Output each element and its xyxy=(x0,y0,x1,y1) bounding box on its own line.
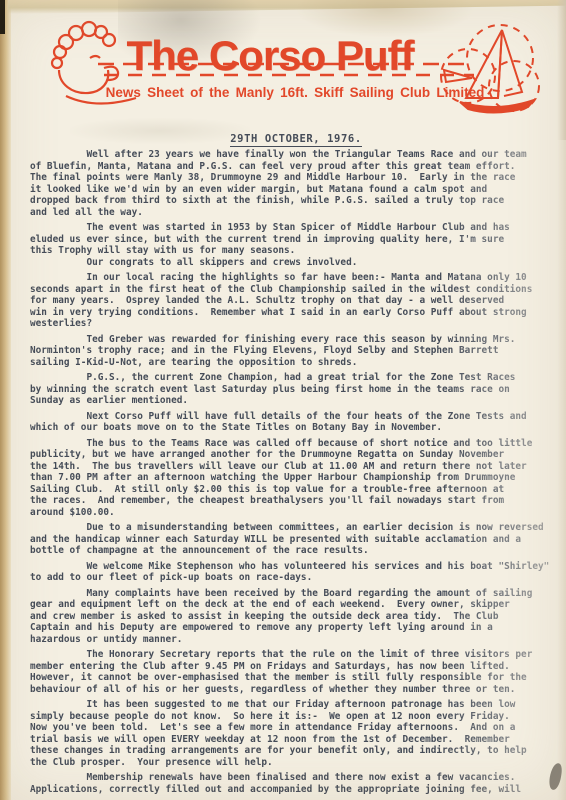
text-line: Many complaints have been received by th… xyxy=(30,588,554,600)
body-text: Well after 23 years we have finally won … xyxy=(30,149,554,795)
text-line: Next Corso Puff will have full details o… xyxy=(30,411,554,423)
masthead: The Corso Puff News Sheet of the Manly 1… xyxy=(0,8,566,123)
newsletter-subtitle: News Sheet of the Manly 16ft. Skiff Sail… xyxy=(85,85,505,100)
text-line: The final points were Manly 38, Drummoyn… xyxy=(30,172,554,184)
text-line: around $100.00. xyxy=(30,507,554,519)
text-line: The Honorary Secretary reports that the … xyxy=(30,649,554,661)
text-line: the races. And remember, the cheapest br… xyxy=(30,495,554,507)
paragraph: Membership renewals have been finalised … xyxy=(30,772,554,795)
text-line: gear and equipment left on the deck at t… xyxy=(30,599,554,611)
scanned-newsletter-page: { "theme": { "accent_color": "#e2482a", … xyxy=(0,0,566,800)
text-line: it looked like we'd win by an even wider… xyxy=(30,184,554,196)
text-line: behaviour of all of his or her guests, r… xyxy=(30,684,554,696)
text-line: simply because people do not know. So he… xyxy=(30,711,554,723)
text-line: P.G.S., the current Zone Champion, had a… xyxy=(30,372,554,384)
text-line: westerlies? xyxy=(30,318,554,330)
paragraph: Due to a misunderstanding between commit… xyxy=(30,522,554,557)
newsletter-title: The Corso Puff xyxy=(105,32,435,80)
text-line: eluded us ever since, but with the curre… xyxy=(30,234,554,246)
text-line: Well after 23 years we have finally won … xyxy=(30,149,554,161)
text-line: bottle of champagne at the announcement … xyxy=(30,545,554,557)
text-line: win in very trying conditions. Remember … xyxy=(30,307,554,319)
text-line: dropped back from third to sixth at the … xyxy=(30,195,554,207)
paragraph: P.G.S., the current Zone Champion, had a… xyxy=(30,372,554,407)
text-line: sailing I-Kid-U-Not, are tearing the opp… xyxy=(30,357,554,369)
text-line: Captain and his Deputy are empowered to … xyxy=(30,622,554,634)
text-line: member entering the Club after 9.45 PM o… xyxy=(30,661,554,673)
paragraph: Next Corso Puff will have full details o… xyxy=(30,411,554,434)
text-line: and the handicap winner each Saturday WI… xyxy=(30,534,554,546)
paragraph: Well after 23 years we have finally won … xyxy=(30,149,554,218)
text-line: We welcome Mike Stephenson who has volun… xyxy=(30,561,554,573)
paragraph: We welcome Mike Stephenson who has volun… xyxy=(30,561,554,584)
text-line: The event was started in 1953 by Stan Sp… xyxy=(30,222,554,234)
text-line: these changes in trading arrangements ar… xyxy=(30,745,554,757)
text-line: trial basis we will open EVERY weekday a… xyxy=(30,734,554,746)
text-line: of Bluefin, Manta, Matana and P.G.S. can… xyxy=(30,161,554,173)
text-line: publicity, but we have arranged another … xyxy=(30,449,554,461)
text-line: hazardous or untidy manner. xyxy=(30,634,554,646)
date-heading-row: 29TH OCTOBER, 1976. xyxy=(0,127,566,147)
text-line: by winning the scratch event last Saturd… xyxy=(30,384,554,396)
text-line: the Club prosper. Your presence will hel… xyxy=(30,757,554,769)
text-line: and led all the way. xyxy=(30,207,554,219)
paragraph: The bus to the Teams Race was called off… xyxy=(30,438,554,519)
text-line: which of our boats move on to the State … xyxy=(30,422,554,434)
paragraph: Many complaints have been received by th… xyxy=(30,588,554,646)
text-line: Membership renewals have been finalised … xyxy=(30,772,554,784)
text-line: to add to our fleet of pick-up boats on … xyxy=(30,572,554,584)
text-line: Now you've been told. Let's see a few mo… xyxy=(30,722,554,734)
text-line: for many years. Osprey landed the A.L. S… xyxy=(30,295,554,307)
paragraph: In our local racing the highlights so fa… xyxy=(30,272,554,330)
text-line: this Trophy will stay with us for many s… xyxy=(30,245,554,257)
text-line: However, it cannot be over-emphasised th… xyxy=(30,672,554,684)
paragraph: Ted Greber was rewarded for finishing ev… xyxy=(30,334,554,369)
date-heading: 29TH OCTOBER, 1976. xyxy=(230,133,362,147)
text-line: Norminton's trophy race; and in the Flyi… xyxy=(30,345,554,357)
text-line: Due to a misunderstanding between commit… xyxy=(30,522,554,534)
text-line: and crew member is asked to assist in ke… xyxy=(30,611,554,623)
text-line: Sunday as earlier mentioned. xyxy=(30,395,554,407)
text-line: Sailing Club. At still only $2.00 this i… xyxy=(30,484,554,496)
text-line: The bus to the Teams Race was called off… xyxy=(30,438,554,450)
paragraph: The event was started in 1953 by Stan Sp… xyxy=(30,222,554,268)
text-line: In our local racing the highlights so fa… xyxy=(30,272,554,284)
text-line: Our congrats to all skippers and crews i… xyxy=(30,257,554,269)
text-line: Applications, correctly filled out and a… xyxy=(30,784,554,796)
text-line: Ted Greber was rewarded for finishing ev… xyxy=(30,334,554,346)
text-line: It has been suggested to me that our Fri… xyxy=(30,699,554,711)
text-line: the 14th. The bus travellers will leave … xyxy=(30,461,554,473)
text-line: seconds apart in the first heat of the C… xyxy=(30,284,554,296)
paragraph: It has been suggested to me that our Fri… xyxy=(30,699,554,768)
paragraph: The Honorary Secretary reports that the … xyxy=(30,649,554,695)
text-line: than 7.00 PM after an afternoon watching… xyxy=(30,472,554,484)
